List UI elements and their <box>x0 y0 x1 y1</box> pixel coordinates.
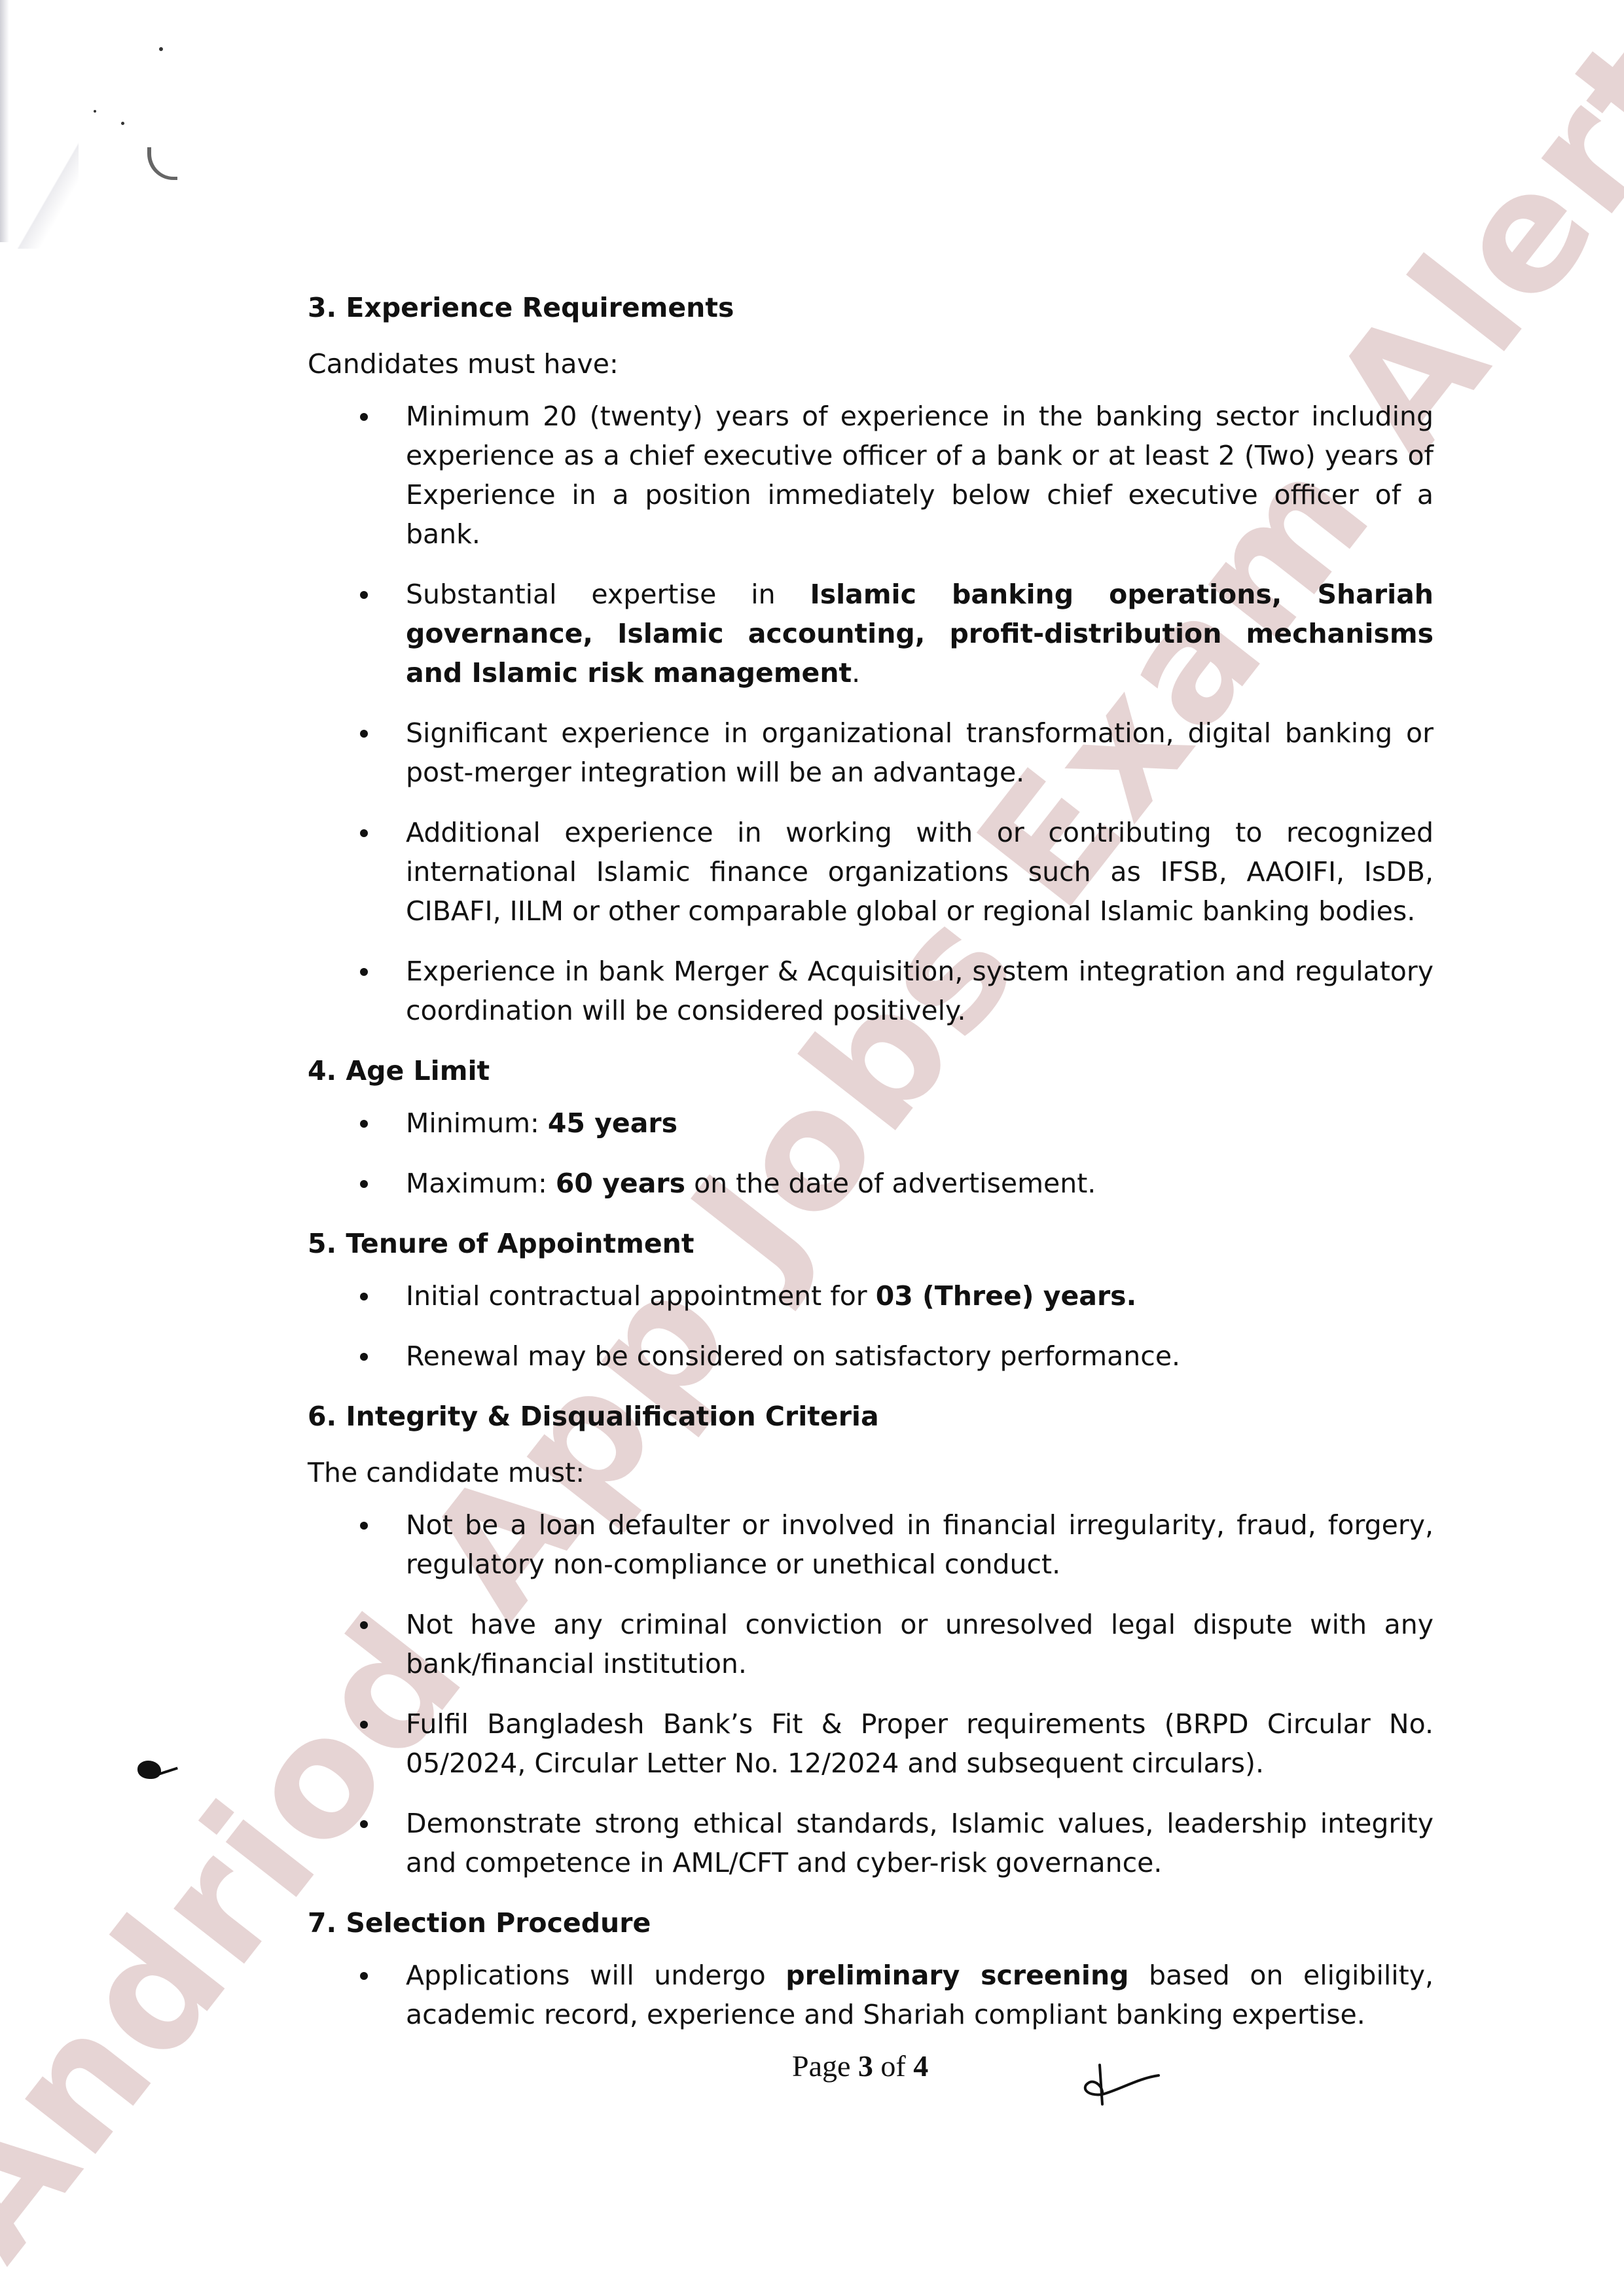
bold-text: 60 years <box>556 1168 685 1199</box>
section: 7. Selection ProcedureApplications will … <box>308 1903 1434 2034</box>
bullet-icon <box>360 591 368 599</box>
section-intro: The candidate must: <box>308 1453 1434 1492</box>
list-item: Maximum: 60 years on the date of adverti… <box>308 1164 1434 1203</box>
list-item: Significant experience in organizational… <box>308 713 1434 792</box>
bullet-list: Minimum 20 (twenty) years of experience … <box>308 397 1434 1030</box>
text: Significant experience in organizational… <box>406 717 1434 788</box>
text: Renewal may be considered on satisfactor… <box>406 1340 1180 1372</box>
section-title: 5. Tenure of Appointment <box>308 1224 1434 1263</box>
bold-text: preliminary screening <box>785 1960 1128 1991</box>
bullet-icon <box>360 968 368 976</box>
list-item: Applications will undergo preliminary sc… <box>308 1956 1434 2034</box>
text: Minimum 20 (twenty) years of experience … <box>406 401 1434 550</box>
text: Not have any criminal conviction or unre… <box>406 1609 1434 1679</box>
list-item: Minimum 20 (twenty) years of experience … <box>308 397 1434 554</box>
ink-blot <box>137 1761 161 1779</box>
list-item: Initial contractual appointment for 03 (… <box>308 1276 1434 1316</box>
text: Applications will undergo <box>406 1960 785 1991</box>
bullet-icon <box>360 1721 368 1729</box>
scan-speck <box>121 122 124 125</box>
page-total: 4 <box>913 2049 928 2083</box>
text: Experience in bank Merger & Acquisition,… <box>406 956 1434 1026</box>
list-item: Not have any criminal conviction or unre… <box>308 1605 1434 1683</box>
section-title: 6. Integrity & Disqualification Criteria <box>308 1397 1434 1436</box>
bullet-icon <box>360 1353 368 1361</box>
bullet-icon <box>360 413 368 421</box>
text: Initial contractual appointment for <box>406 1280 876 1312</box>
text: Not be a loan defaulter or involved in f… <box>406 1509 1434 1580</box>
page-number: Page 3 of 4 <box>792 2049 928 2083</box>
page-prefix: Page <box>792 2049 858 2083</box>
bullet-icon <box>360 1972 368 1980</box>
signature-initial <box>1074 2058 1165 2111</box>
section-title: 3. Experience Requirements <box>308 288 1434 327</box>
section-title: 7. Selection Procedure <box>308 1903 1434 1943</box>
bullet-list: Initial contractual appointment for 03 (… <box>308 1276 1434 1376</box>
document-body: 3. Experience RequirementsCandidates mus… <box>308 288 1434 2055</box>
scan-fold-shadow <box>0 118 79 249</box>
bullet-icon <box>360 1522 368 1530</box>
bullet-icon <box>360 1120 368 1128</box>
list-item: Renewal may be considered on satisfactor… <box>308 1336 1434 1376</box>
text: Demonstrate strong ethical standards, Is… <box>406 1808 1434 1878</box>
list-item: Demonstrate strong ethical standards, Is… <box>308 1804 1434 1882</box>
text: on the date of advertisement. <box>685 1168 1096 1199</box>
section: 5. Tenure of AppointmentInitial contract… <box>308 1224 1434 1376</box>
list-item: Fulfil Bangladesh Bank’s Fit & Proper re… <box>308 1704 1434 1783</box>
text: Minimum: <box>406 1107 548 1139</box>
text: Maximum: <box>406 1168 556 1199</box>
bullet-icon <box>360 1621 368 1629</box>
section: 4. Age LimitMinimum: 45 yearsMaximum: 60… <box>308 1051 1434 1203</box>
bullet-icon <box>360 1820 368 1828</box>
bold-text: 03 (Three) years. <box>876 1280 1136 1312</box>
page-current: 3 <box>858 2049 873 2083</box>
bullet-icon <box>360 1180 368 1188</box>
bullet-list: Applications will undergo preliminary sc… <box>308 1956 1434 2034</box>
bullet-list: Minimum: 45 yearsMaximum: 60 years on th… <box>308 1103 1434 1203</box>
scan-speck <box>94 110 96 113</box>
section-intro: Candidates must have: <box>308 344 1434 384</box>
section-title: 4. Age Limit <box>308 1051 1434 1090</box>
list-item: Substantial expertise in Islamic banking… <box>308 575 1434 692</box>
bullet-icon <box>360 730 368 738</box>
bullet-icon <box>360 1293 368 1300</box>
list-item: Experience in bank Merger & Acquisition,… <box>308 952 1434 1030</box>
bold-text: 45 years <box>548 1107 677 1139</box>
scan-speck <box>159 47 163 51</box>
scan-mark <box>147 147 177 180</box>
bullet-list: Not be a loan defaulter or involved in f… <box>308 1505 1434 1882</box>
page-of: of <box>873 2049 913 2083</box>
text: Substantial expertise in <box>406 579 810 610</box>
list-item: Not be a loan defaulter or involved in f… <box>308 1505 1434 1584</box>
bullet-icon <box>360 829 368 837</box>
section: 6. Integrity & Disqualification Criteria… <box>308 1397 1434 1882</box>
text: Additional experience in working with or… <box>406 817 1434 927</box>
section: 3. Experience RequirementsCandidates mus… <box>308 288 1434 1030</box>
text: . <box>852 657 860 689</box>
list-item: Minimum: 45 years <box>308 1103 1434 1143</box>
list-item: Additional experience in working with or… <box>308 813 1434 931</box>
text: Fulfil Bangladesh Bank’s Fit & Proper re… <box>406 1708 1434 1779</box>
